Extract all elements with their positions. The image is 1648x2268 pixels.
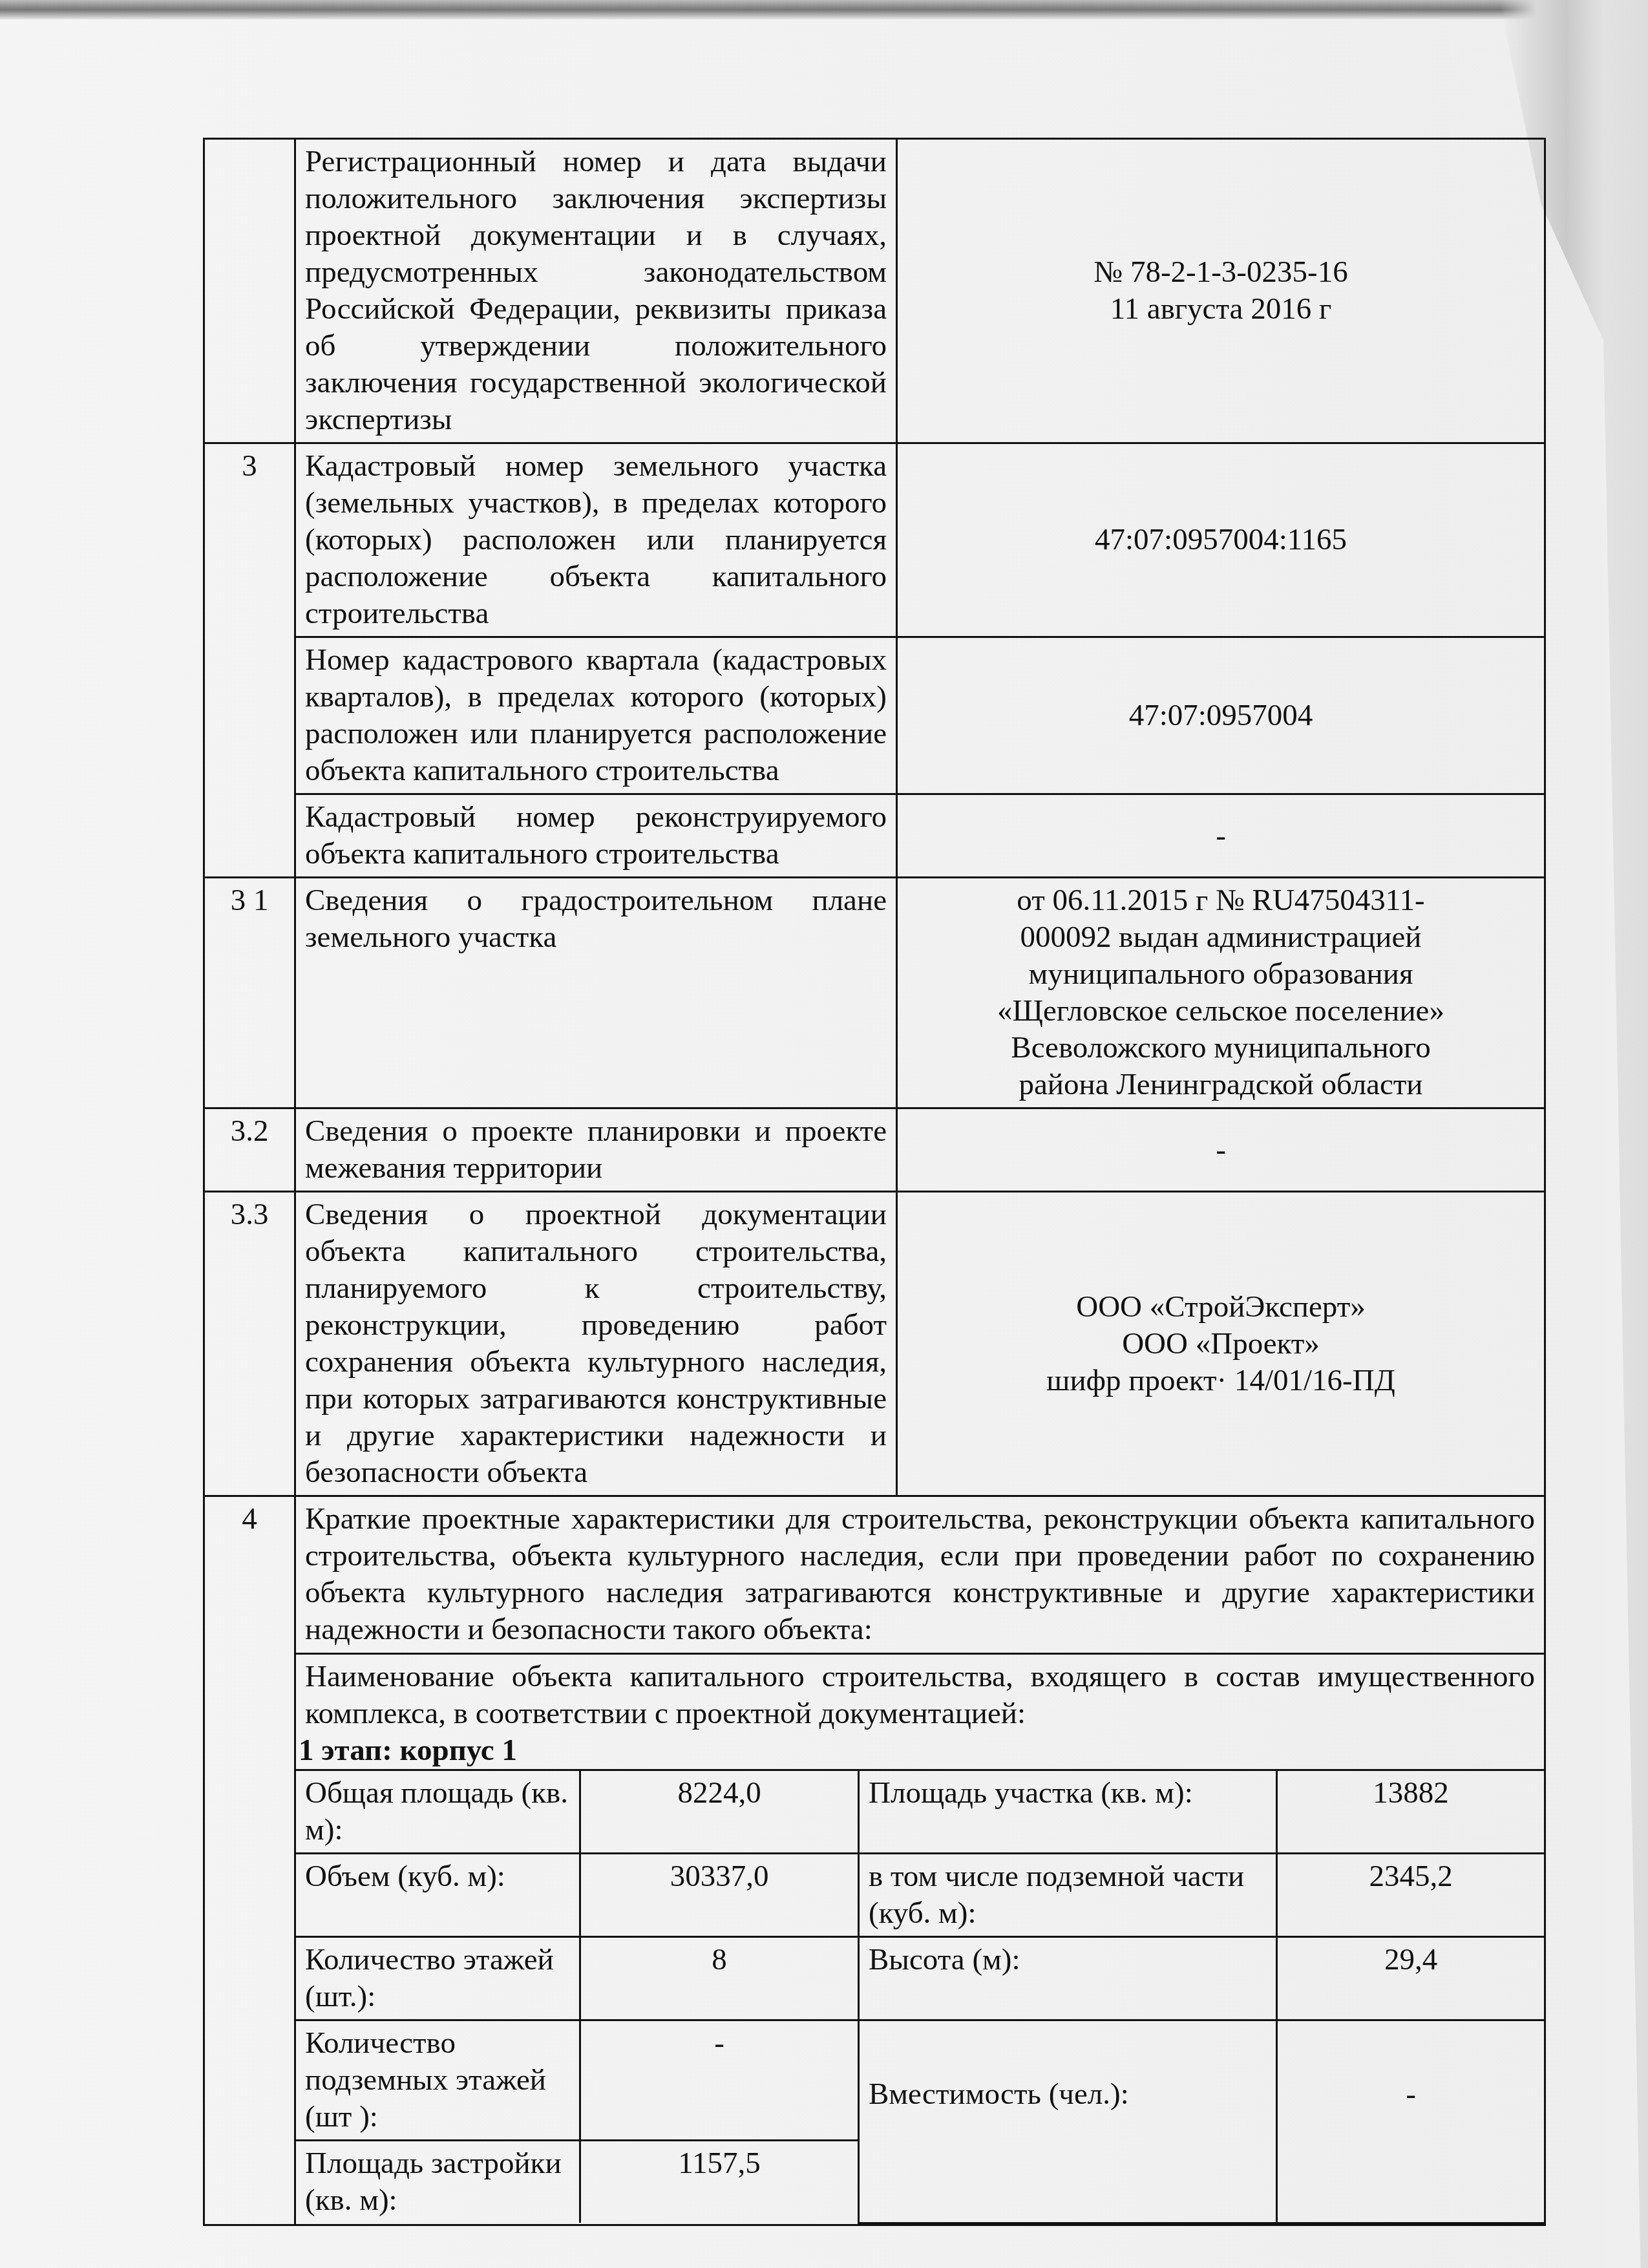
row-value: № 78-2-1-3-0235-16 11 августа 2016 г	[897, 139, 1545, 443]
value-underground-volume: 2345,2	[1277, 1854, 1545, 1937]
row-value: ООО «СтройЭксперт» ООО «Проект» шифр про…	[897, 1192, 1545, 1496]
label-build-area: Площадь застройки (кв. м):	[296, 2141, 580, 2223]
row-label: Кадастровый номер земельного участка (зе…	[295, 443, 897, 637]
value-floors: 8	[580, 1937, 859, 2020]
label-capacity: Вместимость (чел.):	[859, 2020, 1277, 2223]
row-number: 3.2	[204, 1108, 295, 1192]
table-row: Регистрационный номер и дата выдачи поло…	[204, 139, 1545, 443]
characteristics-grid-cell: Общая площадь (кв. м): 8224,0 Площадь уч…	[295, 1770, 1545, 2225]
stage-label: 1 этап: корпус 1	[299, 1732, 1535, 1769]
table-row: 3.2 Сведения о проекте планировки и прое…	[204, 1108, 1545, 1192]
label-underground-volume: в том числе подземной части (куб. м):	[859, 1854, 1277, 1937]
row-label: Кадастровый номер реконструируемого объе…	[295, 794, 897, 878]
row-value: -	[897, 794, 1545, 878]
object-name-label: Наименование объекта капитального строит…	[305, 1659, 1535, 1732]
scan-top-edge	[0, 0, 1648, 19]
value-volume: 30337,0	[580, 1854, 859, 1937]
table-row: 3.3 Сведения о проектной документации об…	[204, 1192, 1545, 1496]
table-row: Общая площадь (кв. м): 8224,0 Площадь уч…	[204, 1770, 1545, 2225]
row-label: Сведения о проекте планировки и проекте …	[295, 1108, 897, 1192]
row-label: Сведения о градостроительном плане земел…	[295, 878, 897, 1108]
table-row: Наименование объекта капитального строит…	[204, 1654, 1545, 1770]
row-value: -	[897, 1108, 1545, 1192]
row-label: Регистрационный номер и дата выдачи поло…	[295, 139, 897, 443]
table-row: Номер кадастрового квартала (кадастровых…	[204, 637, 1545, 794]
row-number: 3	[204, 443, 295, 878]
label-plot-area: Площадь участка (кв. м):	[859, 1771, 1277, 1854]
value-height: 29,4	[1277, 1937, 1545, 2020]
value-build-area: 1157,5	[580, 2141, 859, 2223]
grid-row: Количество этажей (шт.): 8 Высота (м): 2…	[296, 1937, 1544, 2020]
grid-row: Общая площадь (кв. м): 8224,0 Площадь уч…	[296, 1771, 1544, 1854]
table-row: 3 Кадастровый номер земельного участка (…	[204, 443, 1545, 637]
row-value: 47:07:0957004	[897, 637, 1545, 794]
table-row: Кадастровый номер реконструируемого объе…	[204, 794, 1545, 878]
row-label: Номер кадастрового квартала (кадастровых…	[295, 637, 897, 794]
value-capacity: -	[1277, 2020, 1545, 2223]
row-value: от 06.11.2015 г № RU47504311- 000092 выд…	[897, 878, 1545, 1108]
label-height: Высота (м):	[859, 1937, 1277, 2020]
characteristics-grid: Общая площадь (кв. м): 8224,0 Площадь уч…	[296, 1771, 1544, 2224]
label-total-area: Общая площадь (кв. м):	[296, 1771, 580, 1854]
label-floors: Количество этажей (шт.):	[296, 1937, 580, 2020]
value-underground-floors: -	[580, 2020, 859, 2141]
row-number	[204, 139, 295, 443]
value-total-area: 8224,0	[580, 1771, 859, 1854]
label-underground-floors: Количество подземных этажей (шт ):	[296, 2020, 580, 2141]
permit-details-table: Регистрационный номер и дата выдачи поло…	[203, 138, 1546, 2226]
row-label: Сведения о проектной документации объект…	[295, 1192, 897, 1496]
grid-row: Количество подземных этажей (шт ): - Вме…	[296, 2020, 1544, 2141]
grid-row: Объем (куб. м): 30337,0 в том числе подз…	[296, 1854, 1544, 1937]
section-heading: Краткие проектные характеристики для стр…	[295, 1496, 1545, 1654]
row-number: 3 1	[204, 878, 295, 1108]
row-value: 47:07:0957004:1165	[897, 443, 1545, 637]
object-name-cell: Наименование объекта капитального строит…	[295, 1654, 1545, 1770]
row-number: 3.3	[204, 1192, 295, 1496]
table-row: 3 1 Сведения о градостроительном плане з…	[204, 878, 1545, 1108]
label-volume: Объем (куб. м):	[296, 1854, 580, 1937]
table-row: 4 Краткие проектные характеристики для с…	[204, 1496, 1545, 1654]
row-number: 4	[204, 1496, 295, 2225]
value-plot-area: 13882	[1277, 1771, 1545, 1854]
